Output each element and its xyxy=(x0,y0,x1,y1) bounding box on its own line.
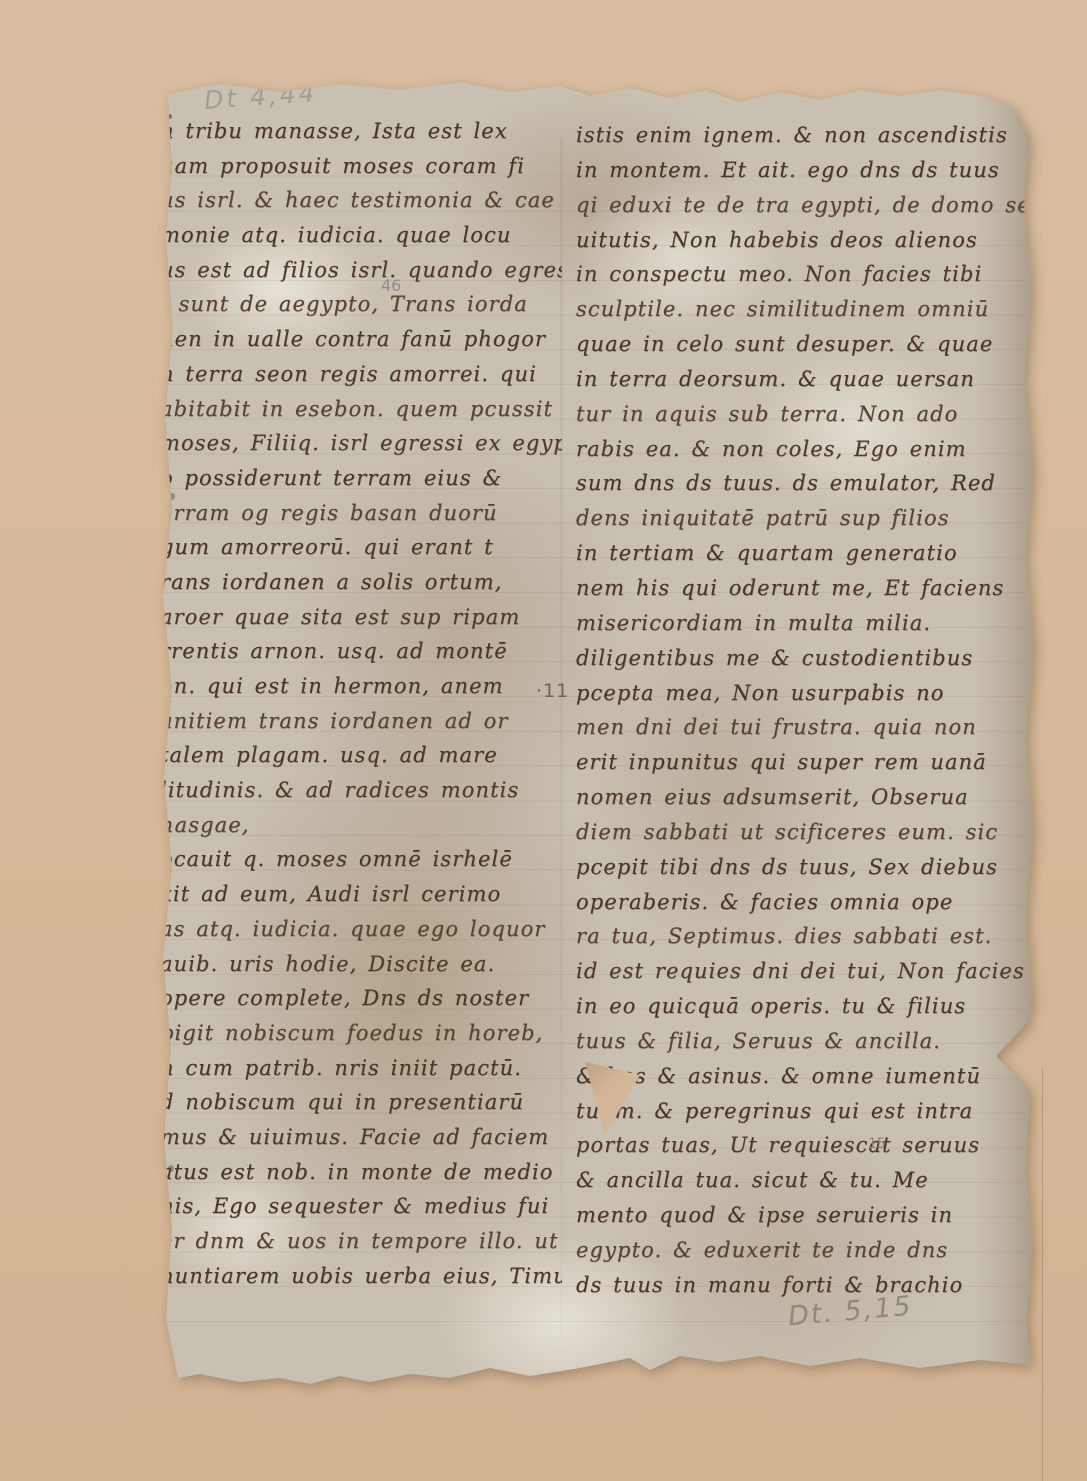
manuscript-text-line: atus est nob. in monte de medio xyxy=(160,1155,562,1190)
manuscript-text-line: nen in ualle contra fanū phogor xyxy=(160,322,562,357)
manuscript-text-line: rrentis arnon. usq. ad montē xyxy=(160,634,562,669)
manuscript-text-line: tur in aquis sub terra. Non ado xyxy=(576,397,1030,432)
manuscript-text-line: monie atq. iudicia. quae locu xyxy=(160,218,562,253)
manuscript-text-line: erit inpunitus qui super rem uanā xyxy=(576,745,1030,780)
manuscript-text-line: in terra deorsum. & quae uersan xyxy=(576,362,1030,397)
manuscript-text-line: istis enim ignem. & non ascendistis xyxy=(576,118,1030,153)
manuscript-text-line: mento quod & ipse seruieris in xyxy=(576,1198,1030,1233)
manuscript-text-line: rans iordanen a solis ortum, xyxy=(160,565,562,600)
manuscript-text-line: diligentibus me & custodientibus xyxy=(576,641,1030,676)
manuscript-text-line: anitiem trans iordanen ad or xyxy=(160,704,562,739)
manuscript-text-line: pcepta mea, Non usurpabis no xyxy=(576,676,1030,711)
manuscript-text-line: & ancilla tua. sicut & tu. Me xyxy=(576,1163,1030,1198)
manuscript-text-line: nomen eius adsumserit, Obserua xyxy=(576,780,1030,815)
manuscript-text-line: gum amorreorū. qui erant t xyxy=(160,530,562,565)
manuscript-text-line: qi eduxi te de tra egypti, de domo ser xyxy=(576,188,1030,223)
pencil-verse-mark-15: 15 xyxy=(868,1136,886,1152)
manuscript-text-line: i sunt de aegypto, Trans iorda xyxy=(160,287,562,322)
manuscript-text-line: auib. uris hodie, Discite ea. xyxy=(160,947,562,982)
manuscript-text-line: dens iniquitatē patrū sup filios xyxy=(576,501,1030,536)
manuscript-text-line: hasgae, xyxy=(160,808,562,843)
photograph: n tribu manasse, Ista est lexuam proposu… xyxy=(0,0,1087,1481)
manuscript-text-line: quae in celo sunt desuper. & quae xyxy=(576,327,1030,362)
manuscript-text-line: misericordiam in multa milia. xyxy=(576,606,1030,641)
manuscript-text-line: in conspectu meo. Non facies tibi xyxy=(576,257,1030,292)
manuscript-text-line: id est requies dni dei tui, Non facies xyxy=(576,954,1030,989)
manuscript-text-line: us isrl. & haec testimonia & cae xyxy=(160,183,562,218)
manuscript-text-line: aroer quae sita est sup ripam xyxy=(160,600,562,635)
manuscript-text-line: uitutis, Non habebis deos alienos xyxy=(576,223,1030,258)
manuscript-text-line: portas tuas, Ut requiescat seruus xyxy=(576,1128,1030,1163)
manuscript-text-line: litudinis. & ad radices montis xyxy=(160,773,562,808)
manuscript-text-line: in eo quicquā operis. tu & filius xyxy=(576,989,1030,1024)
manuscript-text-line: abitabit in esebon. quem pcussit xyxy=(160,392,562,427)
manuscript-text-line: talem plagam. usq. ad mare xyxy=(160,738,562,773)
manuscript-text-line: nem his qui oderunt me, Et faciens xyxy=(576,571,1030,606)
manuscript-text-line: on. qui est in hermon, anem xyxy=(160,669,562,704)
text-column-right: istis enim ignem. & non ascendistisin mo… xyxy=(576,118,1030,1303)
pencil-annotation-top-left: Dt 4,44 xyxy=(203,78,318,115)
manuscript-text-line: tuum. & peregrinus qui est intra xyxy=(576,1094,1030,1129)
manuscript-text-line: xit ad eum, Audi isrl cerimo xyxy=(160,877,562,912)
manuscript-text-line: ocauit q. moses omnē isrhelē xyxy=(160,842,562,877)
manuscript-text-line: nis, Ego sequester & medius fui xyxy=(160,1189,562,1224)
manuscript-text-line: opere complete, Dns ds noster xyxy=(160,981,562,1016)
pencil-margin-mark-11: ·11 xyxy=(536,680,569,702)
manuscript-text-line: n tribu manasse, Ista est lex xyxy=(160,114,562,149)
manuscript-text-line: in tertiam & quartam generatio xyxy=(576,536,1030,571)
manuscript-leaf: n tribu manasse, Ista est lexuam proposu… xyxy=(160,78,1036,1388)
manuscript-text-line: moses, Filiiq. isrl egressi ex egyp xyxy=(160,426,562,461)
manuscript-text-line: men dni dei tui frustra. quia non xyxy=(576,710,1030,745)
manuscript-text-line: in montem. Et ait. ego dns ds tuus xyxy=(576,153,1030,188)
manuscript-text-line: pigit nobiscum foedus in horeb, xyxy=(160,1016,562,1051)
manuscript-text-line: nuntiarem uobis uerba eius, Timu xyxy=(160,1259,562,1294)
manuscript-text-line: egypto. & eduxerit te inde dns xyxy=(576,1233,1030,1268)
manuscript-text-line: sculptile. nec similitudinem omniū xyxy=(576,292,1030,327)
manuscript-text-line: sum dns ds tuus. ds emulator, Red xyxy=(576,466,1030,501)
manuscript-text-line: n terra seon regis amorrei. qui xyxy=(160,357,562,392)
manuscript-text-line: & bos & asinus. & omne iumentū xyxy=(576,1059,1030,1094)
manuscript-text-line: as atq. iudicia. quae ego loquor xyxy=(160,912,562,947)
manuscript-text-line: uam proposuit moses coram fi xyxy=(160,149,562,184)
manuscript-text-line: er dnm & uos in tempore illo. ut xyxy=(160,1224,562,1259)
manuscript-text-line: operaberis. & facies omnia ope xyxy=(576,885,1030,920)
manuscript-text-line: us est ad filios isrl. quando egres xyxy=(160,253,562,288)
text-column-left: n tribu manasse, Ista est lexuam proposu… xyxy=(160,114,562,1293)
manuscript-text-line: ra tua, Septimus. dies sabbati est. xyxy=(576,919,1030,954)
manuscript-text-line: diem sabbati ut scificeres eum. sic xyxy=(576,815,1030,850)
manuscript-text-line: mus & uiuimus. Facie ad faciem xyxy=(160,1120,562,1155)
manuscript-text-line: o possiderunt terram eius & xyxy=(160,461,562,496)
manuscript-text-line: tuus & filia, Seruus & ancilla. xyxy=(576,1024,1030,1059)
manuscript-text-line: erram og regis basan duorū xyxy=(160,496,562,531)
pencil-verse-mark-46: 46 xyxy=(381,276,401,295)
mat-seam-line xyxy=(1042,1068,1043,1481)
manuscript-text-line: ds tuus in manu forti & brachio xyxy=(576,1268,1030,1303)
manuscript-text-line: rabis ea. & non coles, Ego enim xyxy=(576,432,1030,467)
manuscript-text-line: d nobiscum qui in presentiarū xyxy=(160,1085,562,1120)
manuscript-text-line: pcepit tibi dns ds tuus, Sex diebus xyxy=(576,850,1030,885)
manuscript-text-line: n cum patrib. nris iniit pactū. xyxy=(160,1051,562,1086)
parchment-surface: n tribu manasse, Ista est lexuam proposu… xyxy=(160,78,1036,1388)
